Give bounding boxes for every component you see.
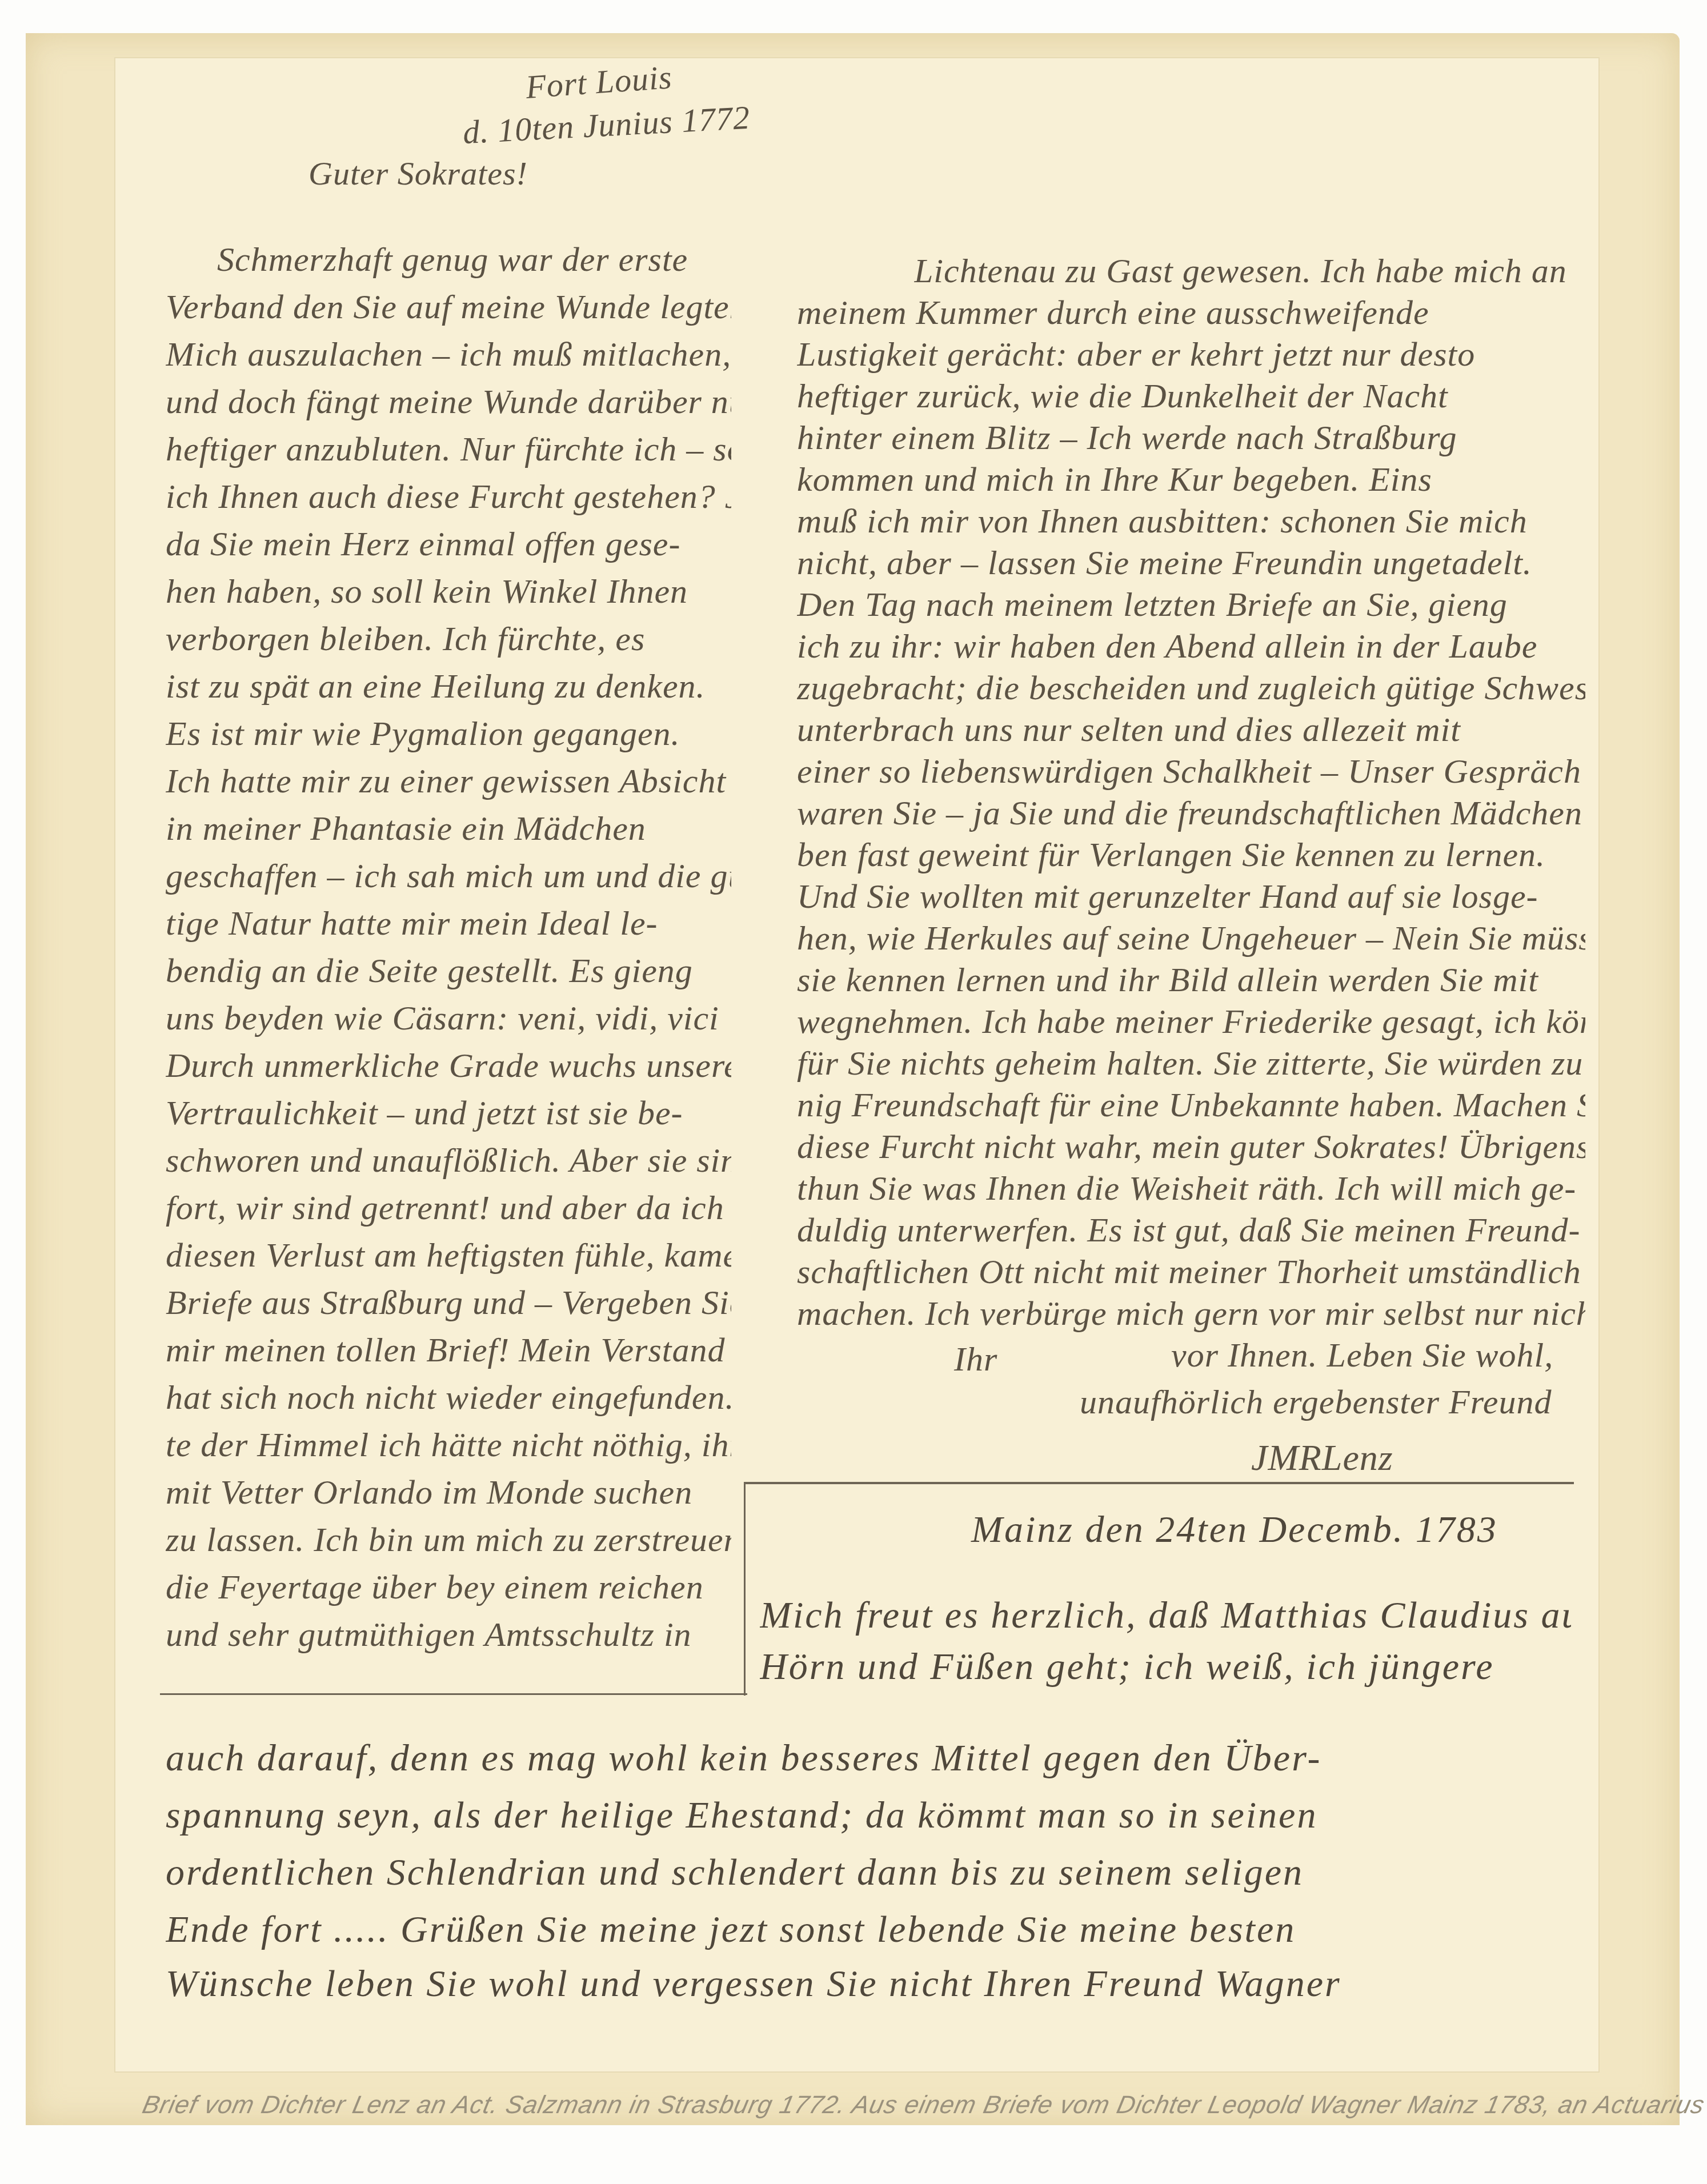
handwritten-line: thun Sie was Ihnen die Weisheit räth. Ic… [797,1169,1585,1208]
divider-horizontal-top [744,1482,1574,1484]
handwritten-line: Schmerzhaft genug war der erste [217,240,783,279]
handwritten-line: heftiger anzubluten. Nur fürchte ich – s… [166,430,731,469]
salutation: Guter Sokrates! [308,154,528,193]
handwritten-line: in meiner Phantasie ein Mädchen [166,809,731,848]
handwritten-line: tige Natur hatte mir mein Ideal le- [166,904,731,943]
handwritten-line: ben fast geweint für Verlangen Sie kenne… [797,835,1585,875]
handwritten-line: Ich hatte mir zu einer gewissen Absicht [166,762,731,801]
handwritten-line: Briefe aus Straßburg und – Vergeben Sie [166,1283,731,1323]
handwritten-line: spannung seyn, als der heilige Ehestand;… [166,1794,1571,1837]
handwritten-line: da Sie mein Herz einmal offen gese- [166,524,731,564]
valediction: unaufhörlich ergebenster Freund [1080,1382,1552,1422]
handwritten-line: hinter einem Blitz – Ich werde nach Stra… [797,418,1585,458]
handwritten-line: nicht, aber – lassen Sie meine Freundin … [797,543,1585,583]
handwritten-line: für Sie nichts geheim halten. Sie zitter… [797,1044,1585,1083]
handwritten-line: Und Sie wollten mit gerunzelter Hand auf… [797,877,1585,916]
handwritten-line: ist zu spät an eine Heilung zu denken. [166,667,731,706]
handwritten-line: uns beyden wie Cäsarn: veni, vidi, vici [166,999,731,1038]
handwritten-line: Den Tag nach meinem letzten Briefe an Si… [797,585,1585,624]
handwritten-line: Es ist mir wie Pygmalion gegangen. [166,714,731,754]
handwritten-line: ordentlichen Schlendrian und schlendert … [166,1851,1571,1894]
handwritten-line: muß ich mir von Ihnen ausbitten: schonen… [797,502,1585,541]
closing: Ihr [954,1340,997,1379]
handwritten-line: schaftlichen Ott nicht mit meiner Thorhe… [797,1252,1585,1292]
handwritten-line: diesen Verlust am heftigsten fühle, kame… [166,1236,731,1275]
handwritten-line: Mich auszulachen – ich muß mitlachen, [166,335,731,374]
handwritten-line: Verband den Sie auf meine Wunde legten [166,287,731,327]
handwritten-line: auch darauf, denn es mag wohl kein besse… [166,1737,1571,1780]
handwritten-line: Mich freut es herzlich, daß Matthias Cla… [760,1594,1571,1637]
handwritten-line: mit Vetter Orlando im Monde suchen [166,1473,731,1512]
handwritten-line: nig Freundschaft für eine Unbekannte hab… [797,1085,1585,1125]
signature-lenz: JMRLenz [1251,1437,1393,1479]
handwritten-line: duldig unterwerfen. Es ist gut, daß Sie … [797,1211,1585,1250]
handwritten-line: wegnehmen. Ich habe meiner Friederike ge… [797,1002,1585,1041]
handwritten-line: machen. Ich verbürge mich gern vor mir s… [797,1294,1585,1333]
handwritten-line: einer so liebenswürdigen Schalkheit – Un… [797,752,1585,791]
handwritten-line: heftiger zurück, wie die Dunkelheit der … [797,376,1585,416]
handwritten-line: diese Furcht nicht wahr, mein guter Sokr… [797,1127,1585,1167]
handwritten-line: Vertraulichkeit – und jetzt ist sie be- [166,1093,731,1133]
handwritten-line: hen, wie Herkules auf seine Ungeheuer – … [797,919,1585,958]
handwritten-line: und doch fängt meine Wunde darüber nur [166,382,731,422]
handwritten-line: schworen und unauflößlich. Aber sie sind [166,1141,731,1180]
plate-caption: Brief vom Dichter Lenz an Act. Salzmann … [140,2091,1707,2119]
handwritten-line: zugebracht; die bescheiden und zugleich … [797,668,1585,708]
handwritten-line: Durch unmerkliche Grade wuchs unsere [166,1046,731,1085]
handwritten-line: ich zu ihr: wir haben den Abend allein i… [797,627,1585,666]
handwritten-line: Ende fort ..... Grüßen Sie meine jezt so… [166,1908,1571,1951]
handwritten-line: te der Himmel ich hätte nicht nöthig, ih… [166,1425,731,1465]
divider-vertical [744,1482,746,1696]
handwritten-line: sie kennen lernen und ihr Bild allein we… [797,960,1585,1000]
handwritten-line: geschaffen – ich sah mich um und die gü- [166,856,731,896]
handwritten-line: unterbrach uns nur selten und dies allez… [797,710,1585,750]
handwritten-line: vor Ihnen. Leben Sie wohl, [1171,1336,1707,1375]
handwritten-line: Hörn und Füßen geht; ich weiß, ich jünge… [760,1645,1571,1689]
handwritten-line: Wünsche leben Sie wohl und vergessen Sie… [166,1962,1571,2006]
handwritten-line: meinem Kummer durch eine ausschweifende [797,293,1585,332]
handwritten-line: zu lassen. Ich bin um mich zu zerstreuen… [166,1520,731,1560]
handwritten-line: fort, wir sind getrennt! und aber da ich [166,1188,731,1228]
handwritten-line: hat sich noch nicht wieder eingefunden. … [166,1378,731,1417]
handwritten-line: ich Ihnen auch diese Furcht gestehen? Ja [166,477,731,516]
handwritten-line: verborgen bleiben. Ich fürchte, es [166,619,731,659]
handwritten-line: waren Sie – ja Sie und die freundschaftl… [797,794,1585,833]
handwritten-line: Lustigkeit gerächt: aber er kehrt jetzt … [797,335,1585,374]
handwritten-line: Lichtenau zu Gast gewesen. Ich habe mich… [914,251,1702,291]
handwritten-line: bendig an die Seite gestellt. Es gieng [166,951,731,991]
wagner-date: Mainz den 24ten Decemb. 1783 [971,1508,1498,1552]
divider-horizontal-bottom [160,1693,747,1695]
handwritten-line: mir meinen tollen Brief! Mein Verstand [166,1331,731,1370]
handwritten-line: die Feyertage über bey einem reichen [166,1568,731,1607]
handwritten-line: hen haben, so soll kein Winkel Ihnen [166,572,731,611]
handwritten-line: kommen und mich in Ihre Kur begeben. Ein… [797,460,1585,499]
handwritten-line: und sehr gutmüthigen Amtsschultz in [166,1615,731,1654]
